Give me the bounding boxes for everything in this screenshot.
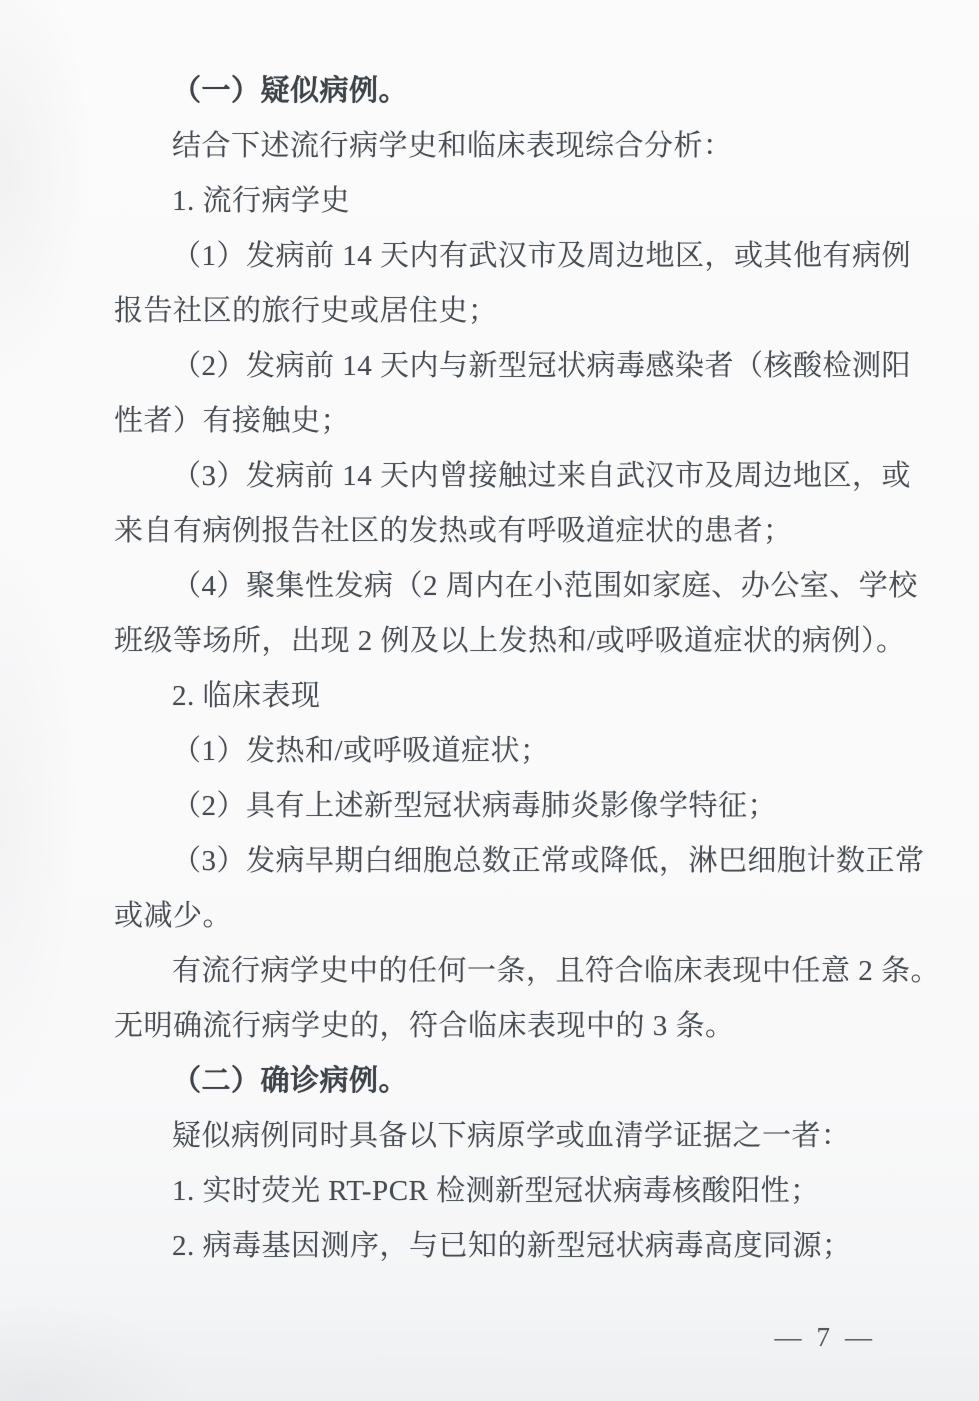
line-confirmed-intro: 疑似病例同时具备以下病原学或血清学证据之一者： xyxy=(114,1109,921,1164)
footer-right-dash: — xyxy=(831,1312,887,1362)
line-epi-item3-b: 来自有病例报告社区的发热或有呼吸道症状的患者； xyxy=(114,504,921,559)
line-clinical-item3-b: 或减少。 xyxy=(114,889,921,944)
line-clinical-item2: （2）具有上述新型冠状病毒肺炎影像学特征； xyxy=(114,779,921,834)
document-body: （一）疑似病例。 结合下述流行病学史和临床表现综合分析： 1. 流行病学史 （1… xyxy=(114,64,921,1274)
line-epidemiology-history-label: 1. 流行病学史 xyxy=(114,174,921,229)
page-number: 7 xyxy=(817,1322,832,1352)
line-clinical-label: 2. 临床表现 xyxy=(114,669,921,724)
line-diagnosis-rule-a: 有流行病学史中的任何一条，且符合临床表现中任意 2 条。 xyxy=(114,944,921,999)
line-confirmed-item2: 2. 病毒基因测序，与已知的新型冠状病毒高度同源； xyxy=(114,1219,921,1274)
line-epi-item4-b: 班级等场所，出现 2 例及以上发热和/或呼吸道症状的病例）。 xyxy=(114,614,921,669)
line-clinical-item1: （1）发热和/或呼吸道症状； xyxy=(114,724,921,779)
footer-left-dash: — xyxy=(761,1312,817,1362)
heading-suspected-case: （一）疑似病例。 xyxy=(114,64,921,119)
line-epi-item1-b: 报告社区的旅行史或居住史； xyxy=(114,284,921,339)
scanned-document-page: （一）疑似病例。 结合下述流行病学史和临床表现综合分析： 1. 流行病学史 （1… xyxy=(0,0,979,1401)
line-epi-item2-a: （2）发病前 14 天内与新型冠状病毒感染者（核酸检测阳 xyxy=(114,339,921,394)
line-epi-item3-a: （3）发病前 14 天内曾接触过来自武汉市及周边地区，或 xyxy=(114,449,921,504)
line-intro-analysis: 结合下述流行病学史和临床表现综合分析： xyxy=(114,119,921,174)
line-epi-item2-b: 性者）有接触史； xyxy=(114,394,921,449)
line-epi-item1-a: （1）发病前 14 天内有武汉市及周边地区，或其他有病例 xyxy=(114,229,921,284)
line-clinical-item3-a: （3）发病早期白细胞总数正常或降低，淋巴细胞计数正常 xyxy=(114,834,921,889)
heading-confirmed-case: （二）确诊病例。 xyxy=(114,1054,921,1109)
line-diagnosis-rule-b: 无明确流行病学史的，符合临床表现中的 3 条。 xyxy=(114,999,921,1054)
line-confirmed-item1: 1. 实时荧光 RT-PCR 检测新型冠状病毒核酸阳性； xyxy=(114,1164,921,1219)
page-footer: —7— xyxy=(761,1312,888,1362)
line-epi-item4-a: （4）聚集性发病（2 周内在小范围如家庭、办公室、学校 xyxy=(114,559,921,614)
